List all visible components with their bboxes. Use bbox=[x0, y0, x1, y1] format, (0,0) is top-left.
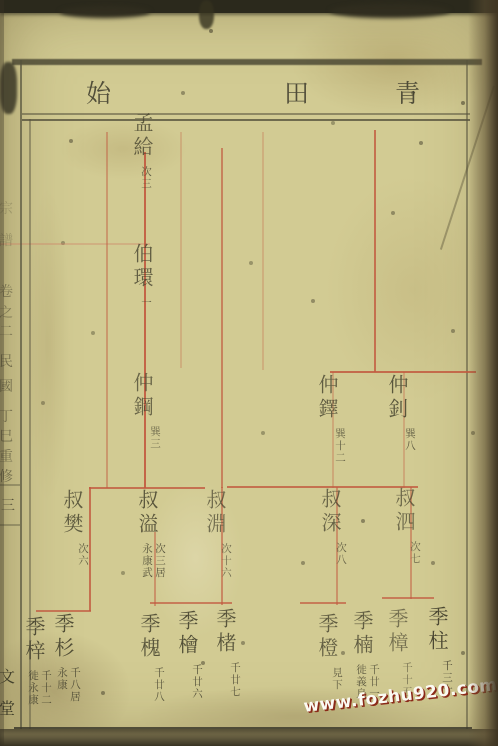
tree-red-line bbox=[106, 132, 108, 488]
tree-red-line bbox=[300, 602, 346, 604]
tree-red-line bbox=[221, 148, 223, 488]
person-annotation: 次八 bbox=[334, 542, 347, 566]
person-annotation: 千廿七 bbox=[228, 662, 241, 698]
person-annotation: 次三居永康武 bbox=[140, 543, 166, 579]
annotation-column: 見下 bbox=[330, 667, 343, 691]
person-name: 季橙 bbox=[318, 613, 342, 661]
person-annotation: 次十六 bbox=[219, 543, 232, 579]
person-name: 季樟 bbox=[388, 608, 412, 656]
page-left-edge-shadow bbox=[0, 0, 4, 746]
person-name: 叔淵 bbox=[206, 489, 230, 537]
annotation-column: 次十六 bbox=[219, 543, 232, 579]
tree-red-line bbox=[150, 602, 232, 604]
person-annotation: 千八居永康 bbox=[55, 667, 81, 703]
family-tree-chart: 孟給次三伯環一仲鋼巽三仲鐸巽十二仲釗巽八叔樊次六叔溢次三居永康武叔淵次十六叔深次… bbox=[0, 0, 498, 746]
person-name: 孟給 bbox=[133, 112, 157, 160]
annotation-column: 千廿六 bbox=[190, 664, 203, 700]
tree-red-line bbox=[89, 487, 91, 611]
annotation-column: 千八居 bbox=[68, 667, 81, 703]
person-annotation: 見下 bbox=[330, 667, 343, 691]
annotation-column: 千廿八 bbox=[152, 667, 165, 703]
person-annotation: 次七 bbox=[408, 541, 421, 565]
annotation-column: 次三 bbox=[139, 166, 152, 190]
person-name: 叔深 bbox=[321, 488, 345, 536]
genealogy-page: 始 田 青 宗譜卷之二民國丁巳重修文堂 三 孟給次三伯環一仲鋼巽三仲鐸巽十二仲釗… bbox=[0, 0, 498, 746]
tree-red-line bbox=[262, 132, 264, 370]
person-name: 季槐 bbox=[140, 613, 164, 661]
person-annotation: 巽十二 bbox=[333, 428, 346, 464]
person-name: 叔泗 bbox=[395, 487, 419, 535]
annotation-column: 徙永康 bbox=[26, 670, 39, 706]
person-annotation: 次六 bbox=[76, 543, 89, 567]
annotation-column: 次六 bbox=[76, 543, 89, 567]
person-annotation: 千廿六 bbox=[190, 664, 203, 700]
person-name: 叔溢 bbox=[138, 489, 162, 537]
person-name: 季梓 bbox=[25, 616, 49, 664]
annotation-column: 巽三 bbox=[148, 426, 161, 450]
annotation-column: 巽十二 bbox=[333, 428, 346, 464]
person-name: 仲鋼 bbox=[133, 372, 157, 420]
person-name: 仲釗 bbox=[388, 374, 412, 422]
tree-red-line bbox=[36, 610, 91, 612]
person-annotation: 次三 bbox=[139, 166, 152, 190]
tree-red-line bbox=[382, 597, 434, 599]
person-annotation: 巽八 bbox=[403, 428, 416, 452]
annotation-column: 千廿七 bbox=[228, 662, 241, 698]
tree-red-line bbox=[374, 130, 376, 372]
person-name: 季楮 bbox=[216, 608, 240, 656]
annotation-column: 永康武 bbox=[140, 543, 153, 579]
annotation-column: 永康 bbox=[55, 667, 68, 703]
person-name: 叔樊 bbox=[63, 489, 87, 537]
person-name: 季檜 bbox=[178, 610, 202, 658]
person-name: 季杉 bbox=[54, 613, 78, 661]
annotation-column: 次七 bbox=[408, 541, 421, 565]
page-bottom-edge bbox=[0, 729, 498, 746]
annotation-column: 巽八 bbox=[403, 428, 416, 452]
page-right-edge-shadow bbox=[468, 0, 498, 746]
annotation-column: 次八 bbox=[334, 542, 347, 566]
person-name: 季柱 bbox=[428, 606, 452, 654]
person-annotation: 千十二徙永康 bbox=[26, 670, 52, 706]
person-name: 季楠 bbox=[353, 610, 377, 658]
annotation-column: 一 bbox=[139, 297, 152, 309]
person-annotation: 巽三 bbox=[148, 426, 161, 450]
person-annotation: 一 bbox=[139, 297, 152, 309]
annotation-column: 千十二 bbox=[39, 670, 52, 706]
tree-red-line bbox=[144, 152, 146, 488]
annotation-column: 次三居 bbox=[153, 543, 166, 579]
person-name: 伯環 bbox=[133, 243, 157, 291]
person-name: 仲鐸 bbox=[318, 374, 342, 422]
person-annotation: 千廿八 bbox=[152, 667, 165, 703]
tree-red-line bbox=[180, 132, 182, 368]
